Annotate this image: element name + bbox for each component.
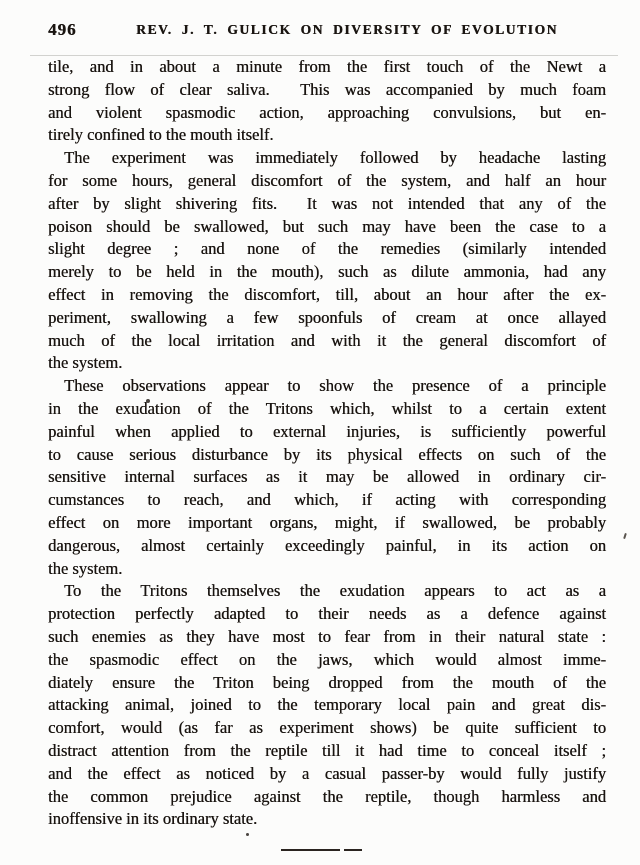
text-line: such enemies as they have most to fear f… [48, 626, 606, 649]
text-line: the spasmodic effect on the jaws, which … [48, 649, 606, 672]
paragraph: The experiment was immediately followed … [48, 147, 606, 375]
text-line: protection perfectly adapted to their ne… [48, 603, 606, 626]
text-line: These observations appear to show the pr… [48, 375, 606, 398]
text-line: sensitive internal surfaces as it may be… [48, 466, 606, 489]
text-line: the common prejudice against the reptile… [48, 786, 606, 809]
running-title: REV. J. T. GULICK ON DIVERSITY OF EVOLUT… [88, 22, 606, 38]
text-line: attacking animal, joined to the temporar… [48, 694, 606, 717]
text-line: for some hours, general discomfort of th… [48, 170, 606, 193]
text-line: dangerous, almost certainly exceedingly … [48, 535, 606, 558]
text-line: after by slight shivering fits. It was n… [48, 193, 606, 216]
divider-segment-short [344, 849, 362, 851]
text-line: strong flow of clear saliva. This was ac… [48, 79, 606, 102]
text-line: poison should be swallowed, but such may… [48, 216, 606, 239]
text-line: in the exudation of the Tritons which, w… [48, 398, 606, 421]
text-line: effect on more important organs, might, … [48, 512, 606, 535]
book-page: 496 REV. J. T. GULICK ON DIVERSITY OF EV… [0, 0, 640, 865]
end-divider [281, 849, 362, 851]
text-line: effect in removing the discomfort, till,… [48, 284, 606, 307]
page-header: 496 REV. J. T. GULICK ON DIVERSITY OF EV… [48, 20, 606, 42]
paragraph: These observations appear to show the pr… [48, 375, 606, 580]
paragraph: To the Tritons themselves the exudation … [48, 580, 606, 831]
text-line: To the Tritons themselves the exudation … [48, 580, 606, 603]
text-line: much of the local irritation and with it… [48, 330, 606, 353]
text-line: cumstances to reach, and which, if actin… [48, 489, 606, 512]
text-line: merely to be held in the mouth), such as… [48, 261, 606, 284]
text-line: diately ensure the Triton being dropped … [48, 672, 606, 695]
scan-speck [623, 533, 627, 539]
body-text: tile, and in about a minute from the fir… [48, 56, 606, 831]
divider-segment-long [281, 849, 340, 851]
text-line: inoffensive in its ordinary state. [48, 808, 606, 831]
text-line: comfort, would (as far as experiment sho… [48, 717, 606, 740]
text-line: and violent spasmodic action, approachin… [48, 102, 606, 125]
text-line: painful when applied to external injurie… [48, 421, 606, 444]
scan-speck [246, 833, 249, 836]
text-line: to cause serious disturbance by its phys… [48, 444, 606, 467]
text-line: tirely confined to the mouth itself. [48, 124, 606, 147]
text-line: periment, swallowing a few spoonfuls of … [48, 307, 606, 330]
paragraph: tile, and in about a minute from the fir… [48, 56, 606, 147]
text-line: the system. [48, 558, 606, 581]
text-line: and the effect as noticed by a casual pa… [48, 763, 606, 786]
text-line: the system. [48, 352, 606, 375]
text-line: distract attention from the reptile till… [48, 740, 606, 763]
text-line: tile, and in about a minute from the fir… [48, 56, 606, 79]
scan-speck [146, 399, 150, 403]
text-line: slight degree ; and none of the remedies… [48, 238, 606, 261]
text-line: The experiment was immediately followed … [48, 147, 606, 170]
page-number: 496 [48, 20, 77, 40]
